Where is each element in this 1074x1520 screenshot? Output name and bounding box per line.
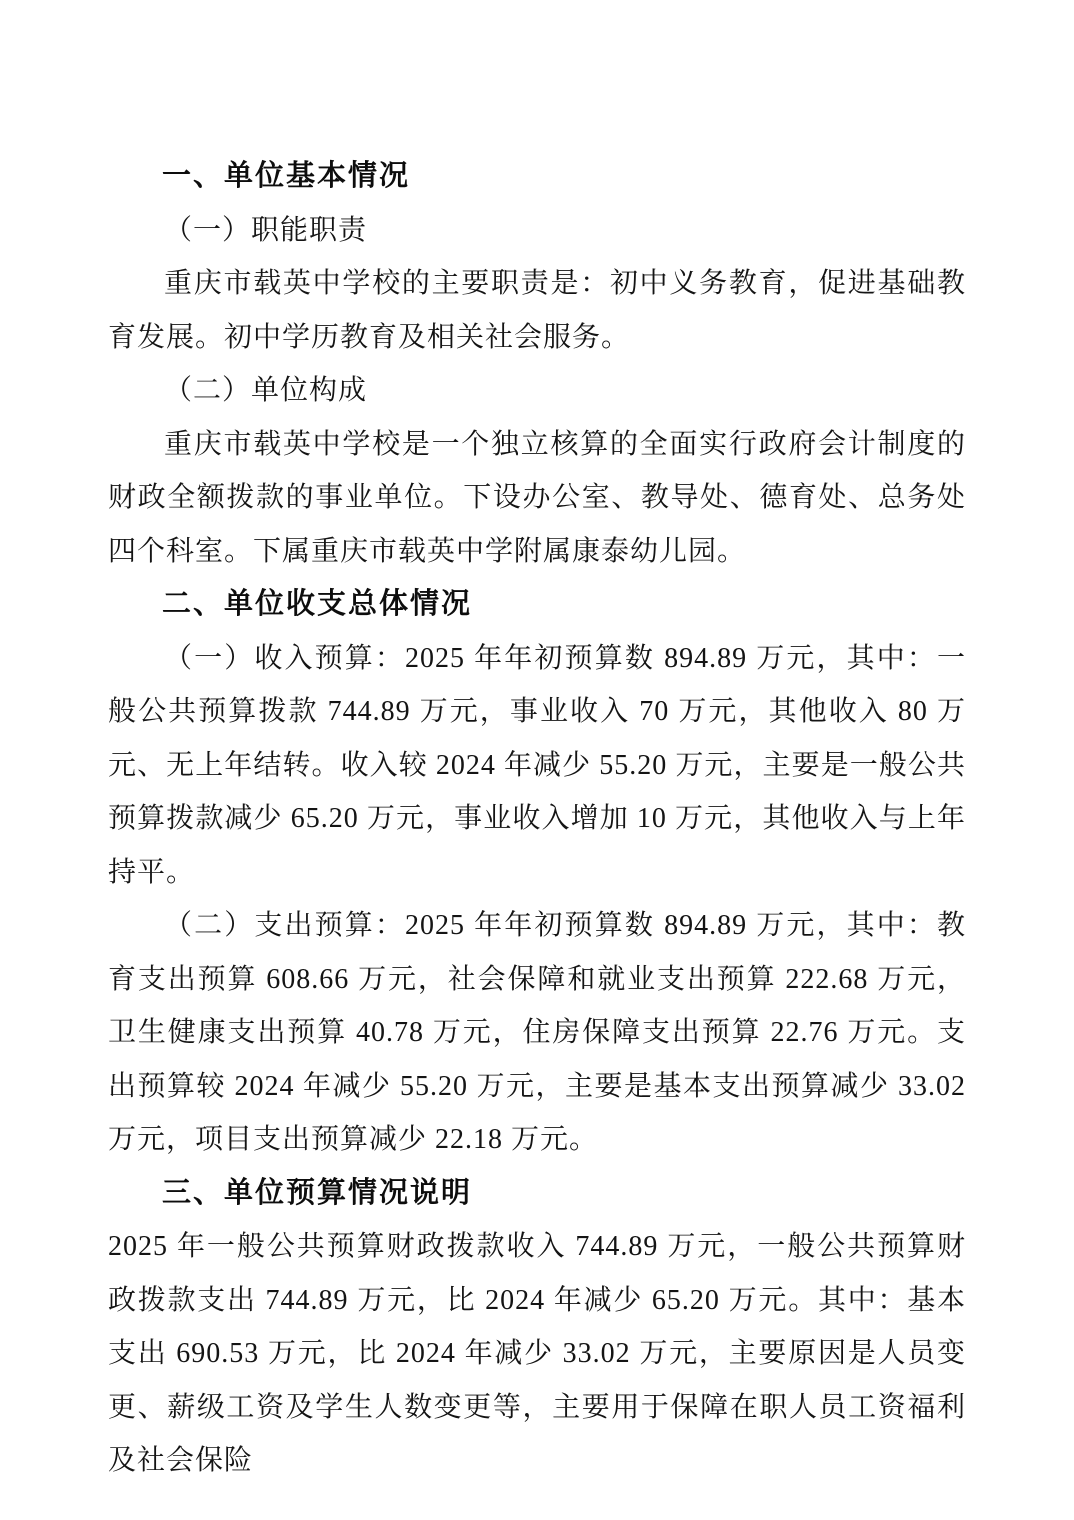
heading-unit-basic-info: 一、单位基本情况 <box>108 150 966 204</box>
para-revenue-budget: （一）收入预算：2025 年年初预算数 894.89 万元，其中：一般公共预算拨… <box>108 632 966 900</box>
heading-budget-explanation: 三、单位预算情况说明 <box>108 1167 966 1221</box>
document-page: 一、单位基本情况 （一）职能职责 重庆市载英中学校的主要职责是：初中义务教育，促… <box>0 0 1074 1520</box>
heading-revenue-expenditure-overview: 二、单位收支总体情况 <box>108 578 966 632</box>
para-expenditure-budget: （二）支出预算：2025 年年初预算数 894.89 万元，其中：教育支出预算 … <box>108 899 966 1167</box>
para-duties: 重庆市载英中学校的主要职责是：初中义务教育，促进基础教育发展。初中学历教育及相关… <box>108 257 966 364</box>
subheading-duties: （一）职能职责 <box>108 204 966 258</box>
para-budget-explanation: 2025 年一般公共预算财政拨款收入 744.89 万元，一般公共预算财政拨款支… <box>108 1220 966 1488</box>
para-unit-composition: 重庆市载英中学校是一个独立核算的全面实行政府会计制度的财政全额拨款的事业单位。下… <box>108 418 966 579</box>
subheading-unit-composition: （二）单位构成 <box>108 364 966 418</box>
